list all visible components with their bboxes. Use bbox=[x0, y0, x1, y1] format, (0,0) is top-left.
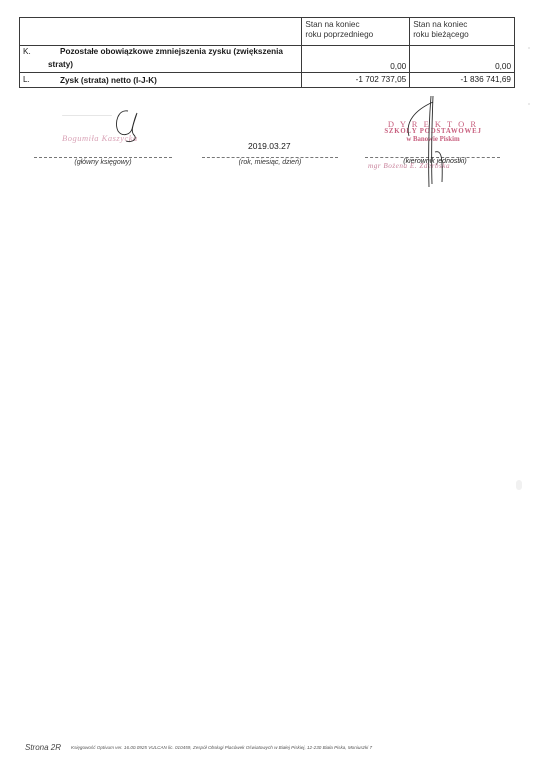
row-label-line2: straty) bbox=[23, 57, 298, 70]
financial-table: Stan na koniec roku poprzedniego Stan na… bbox=[19, 17, 515, 88]
table-row: K. Pozostałe obowiązkowe zmniejszenia zy… bbox=[20, 46, 515, 73]
row-curr-value: 0,00 bbox=[410, 46, 515, 73]
page-number: Strona 2R bbox=[25, 743, 61, 752]
software-footer: Księgowość Optivum ver. 16.00.0925 VULCA… bbox=[71, 745, 372, 750]
document-page: Stan na koniec roku poprzedniego Stan na… bbox=[0, 0, 543, 768]
row-curr-value: -1 836 741,69 bbox=[410, 73, 515, 88]
header-prev-year: Stan na koniec roku poprzedniego bbox=[302, 18, 410, 46]
table-row: L. Zysk (strata) netto (I-J-K) -1 702 73… bbox=[20, 73, 515, 88]
director-signature-icon bbox=[395, 92, 455, 192]
accountant-signature-icon bbox=[110, 105, 150, 145]
row-label-cell: K. Pozostałe obowiązkowe zmniejszenia zy… bbox=[20, 46, 302, 73]
header-curr-year: Stan na koniec roku bieżącego bbox=[410, 18, 515, 46]
header-prev-line2: roku poprzedniego bbox=[305, 30, 406, 40]
row-label-line1: Pozostałe obowiązkowe zmniejszenia zysku… bbox=[23, 46, 298, 57]
header-empty-cell bbox=[20, 18, 302, 46]
date-value: 2019.03.27 bbox=[248, 141, 291, 151]
table-header-row: Stan na koniec roku poprzedniego Stan na… bbox=[20, 18, 515, 46]
row-code: K. bbox=[23, 47, 31, 57]
row-prev-value: 0,00 bbox=[302, 46, 410, 73]
header-prev-line1: Stan na koniec bbox=[305, 20, 406, 30]
row-prev-value: -1 702 737,05 bbox=[302, 73, 410, 88]
header-curr-line1: Stan na koniec bbox=[413, 20, 511, 30]
accountant-caption: (główny księgowy) bbox=[34, 159, 172, 166]
date-caption: (rok, miesiąc, dzień) bbox=[202, 159, 338, 166]
header-curr-line2: roku bieżącego bbox=[413, 30, 511, 40]
row-label-line1: Zysk (strata) netto (I-J-K) bbox=[23, 75, 298, 86]
row-code: L. bbox=[23, 75, 30, 85]
row-label-cell: L. Zysk (strata) netto (I-J-K) bbox=[20, 73, 302, 88]
